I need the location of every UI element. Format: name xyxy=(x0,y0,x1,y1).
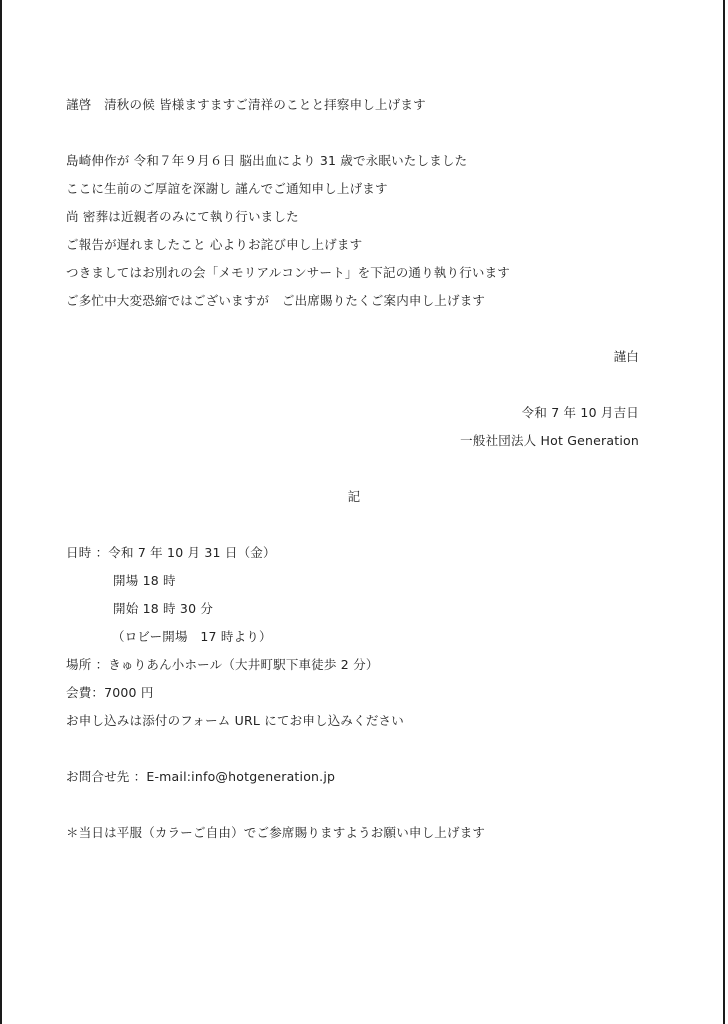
detail-doors-open: 開場 18 時 xyxy=(113,573,176,589)
detail-datetime: 日時 ：令和 7 年 10 月 31 日（金） xyxy=(66,545,276,561)
detail-application: お申し込みは添付のフォーム URL にてお申し込みください xyxy=(66,713,404,729)
issue-date: 令和 7 年 10 月吉日 xyxy=(522,405,639,421)
detail-lobby-open: （ロビー開場 17 時より） xyxy=(112,629,272,645)
detail-venue: 場所 ：きゅりあん小ホール（大井町駅下車徒歩 2 分） xyxy=(66,657,379,673)
detail-start-time: 開始 18 時 30 分 xyxy=(113,601,213,617)
body-line: ご多忙中大変恐縮ではございますが ご出席賜りたくご案内申し上げます xyxy=(66,293,485,309)
ki-heading: 記 xyxy=(0,489,708,505)
closing-text: 謹白 xyxy=(614,349,639,365)
detail-contact: お問合せ先 ：E-mail:info@hotgeneration.jp xyxy=(66,769,335,785)
page-border-left xyxy=(0,0,2,1024)
dress-code-note: ＊当日は平服（カラーご自由）でご参席賜りますようお願い申し上げます xyxy=(66,825,485,841)
greeting-line: 謹啓 清秋の候 皆様ますますご清祥のことと拝察申し上げます xyxy=(66,97,426,113)
body-line: 尚 密葬は近親者のみにて執り行いました xyxy=(66,209,299,225)
body-line: つきましてはお別れの会「メモリアルコンサート」を下記の通り執り行います xyxy=(66,265,510,281)
detail-fee: 会費：7000 円 xyxy=(66,685,154,701)
body-line: ここに生前のご厚誼を深謝し 謹んでご通知申し上げます xyxy=(66,181,388,197)
body-line: ご報告が遅れましたこと 心よりお詫び申し上げます xyxy=(66,237,362,253)
organization-name: 一般社団法人 Hot Generation xyxy=(460,433,639,449)
page-border-right xyxy=(723,0,725,1024)
body-line: 島崎伸作が 令和７年９月６日 脳出血により 31 歳で永眠いたしました xyxy=(66,153,467,169)
document-page: 謹啓 清秋の候 皆様ますますご清祥のことと拝察申し上げます 島崎伸作が 令和７年… xyxy=(0,0,728,1024)
